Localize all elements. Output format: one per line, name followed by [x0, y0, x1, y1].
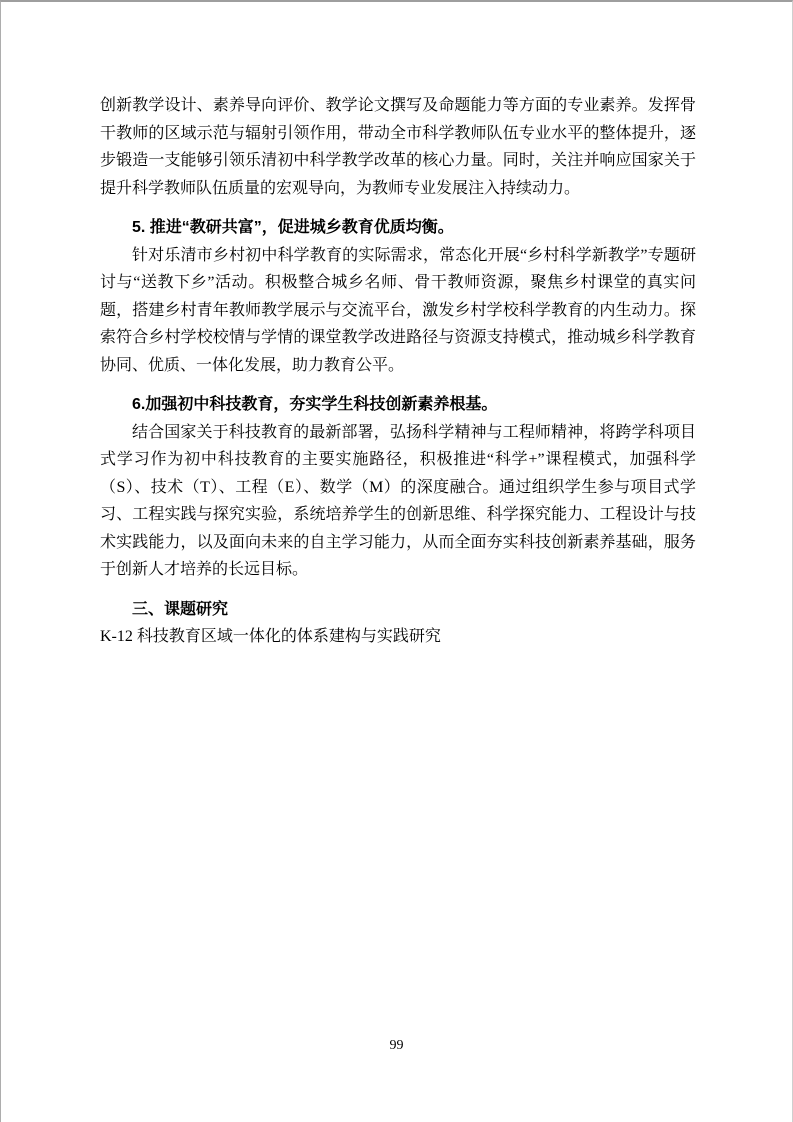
page-content: 创新教学设计、素养导向评价、教学论文撰写及命题能力等方面的专业素养。发挥骨干教师…	[100, 92, 696, 651]
paragraph-item-6: 结合国家关于科技教育的最新部署，弘扬科学精神与工程师精神，将跨学科项目式学习作为…	[100, 419, 696, 584]
page-number: 99	[1, 1036, 792, 1056]
paragraph-item-5: 针对乐清市乡村初中科学教育的实际需求，常态化开展“乡村科学新教学”专题研讨与“送…	[100, 242, 696, 380]
heading-item-5: 5. 推进“教研共富”，促进城乡教育优质均衡。	[100, 214, 696, 242]
heading-item-6: 6.加强初中科技教育，夯实学生科技创新素养根基。	[100, 391, 696, 419]
paragraph-continuation: 创新教学设计、素养导向评价、教学论文撰写及命题能力等方面的专业素养。发挥骨干教师…	[100, 92, 696, 202]
section-heading-research: 三、课题研究	[100, 596, 696, 624]
research-topic-line: K-12 科技教育区域一体化的体系建构与实践研究	[100, 623, 696, 651]
document-page: 创新教学设计、素养导向评价、教学论文撰写及命题能力等方面的专业素养。发挥骨干教师…	[0, 0, 793, 1122]
